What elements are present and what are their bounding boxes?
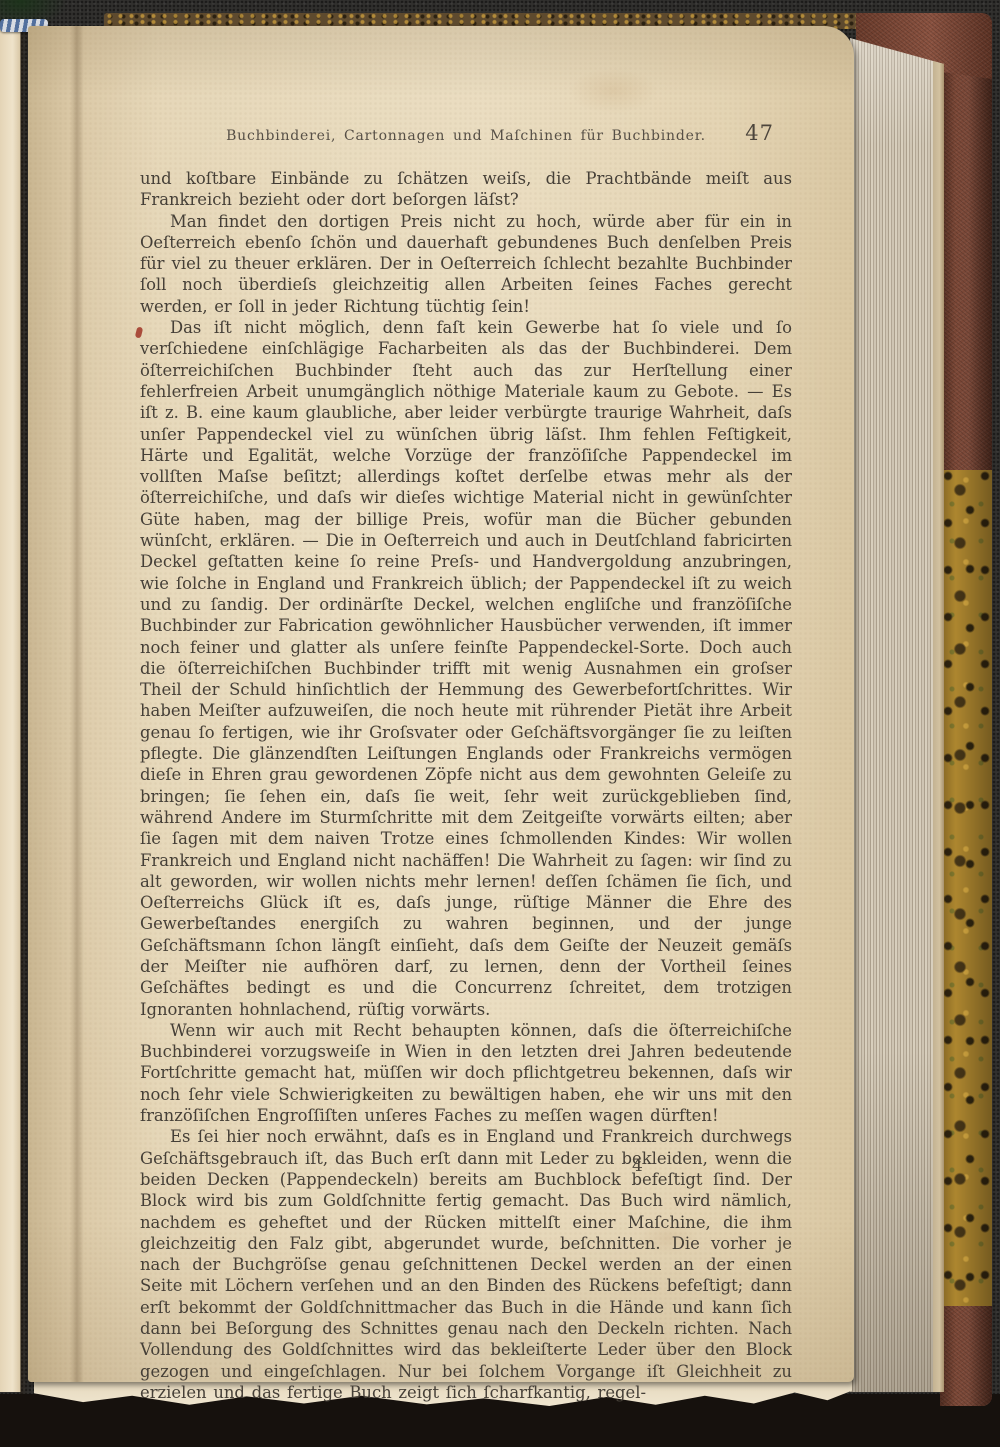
paragraph: Es ſei hier noch erwähnt, daſs es in Eng… <box>140 1126 792 1403</box>
signature-mark: 4 <box>632 1156 643 1176</box>
paragraph: Wenn wir auch mit Recht behaupten können… <box>140 1020 792 1126</box>
book-page: Buchbinderei, Cartonnagen und Maſchinen … <box>28 26 854 1382</box>
running-header: Buchbinderei, Cartonnagen und Maſchinen … <box>140 128 792 144</box>
book-cover-edge <box>940 14 992 1406</box>
running-header-title: Buchbinderei, Cartonnagen und Maſchinen … <box>226 128 706 144</box>
book-scan: Buchbinderei, Cartonnagen und Maſchinen … <box>0 0 1000 1447</box>
page-fore-edge-stack <box>850 26 944 1392</box>
page-number: 47 <box>745 121 774 145</box>
page-crease <box>70 26 84 1382</box>
paragraph: Das iſt nicht möglich, denn faſt kein Ge… <box>140 317 792 1020</box>
facing-page-sliver <box>0 28 21 1392</box>
foxing-stain <box>568 68 658 114</box>
paragraph: Man findet den dortigen Preis nicht zu h… <box>140 211 792 317</box>
text-block: und koſtbare Einbände zu ſchätzen weiſs,… <box>140 168 792 1403</box>
paragraph: und koſtbare Einbände zu ſchätzen weiſs,… <box>140 168 792 211</box>
cover-shading <box>940 14 992 1406</box>
